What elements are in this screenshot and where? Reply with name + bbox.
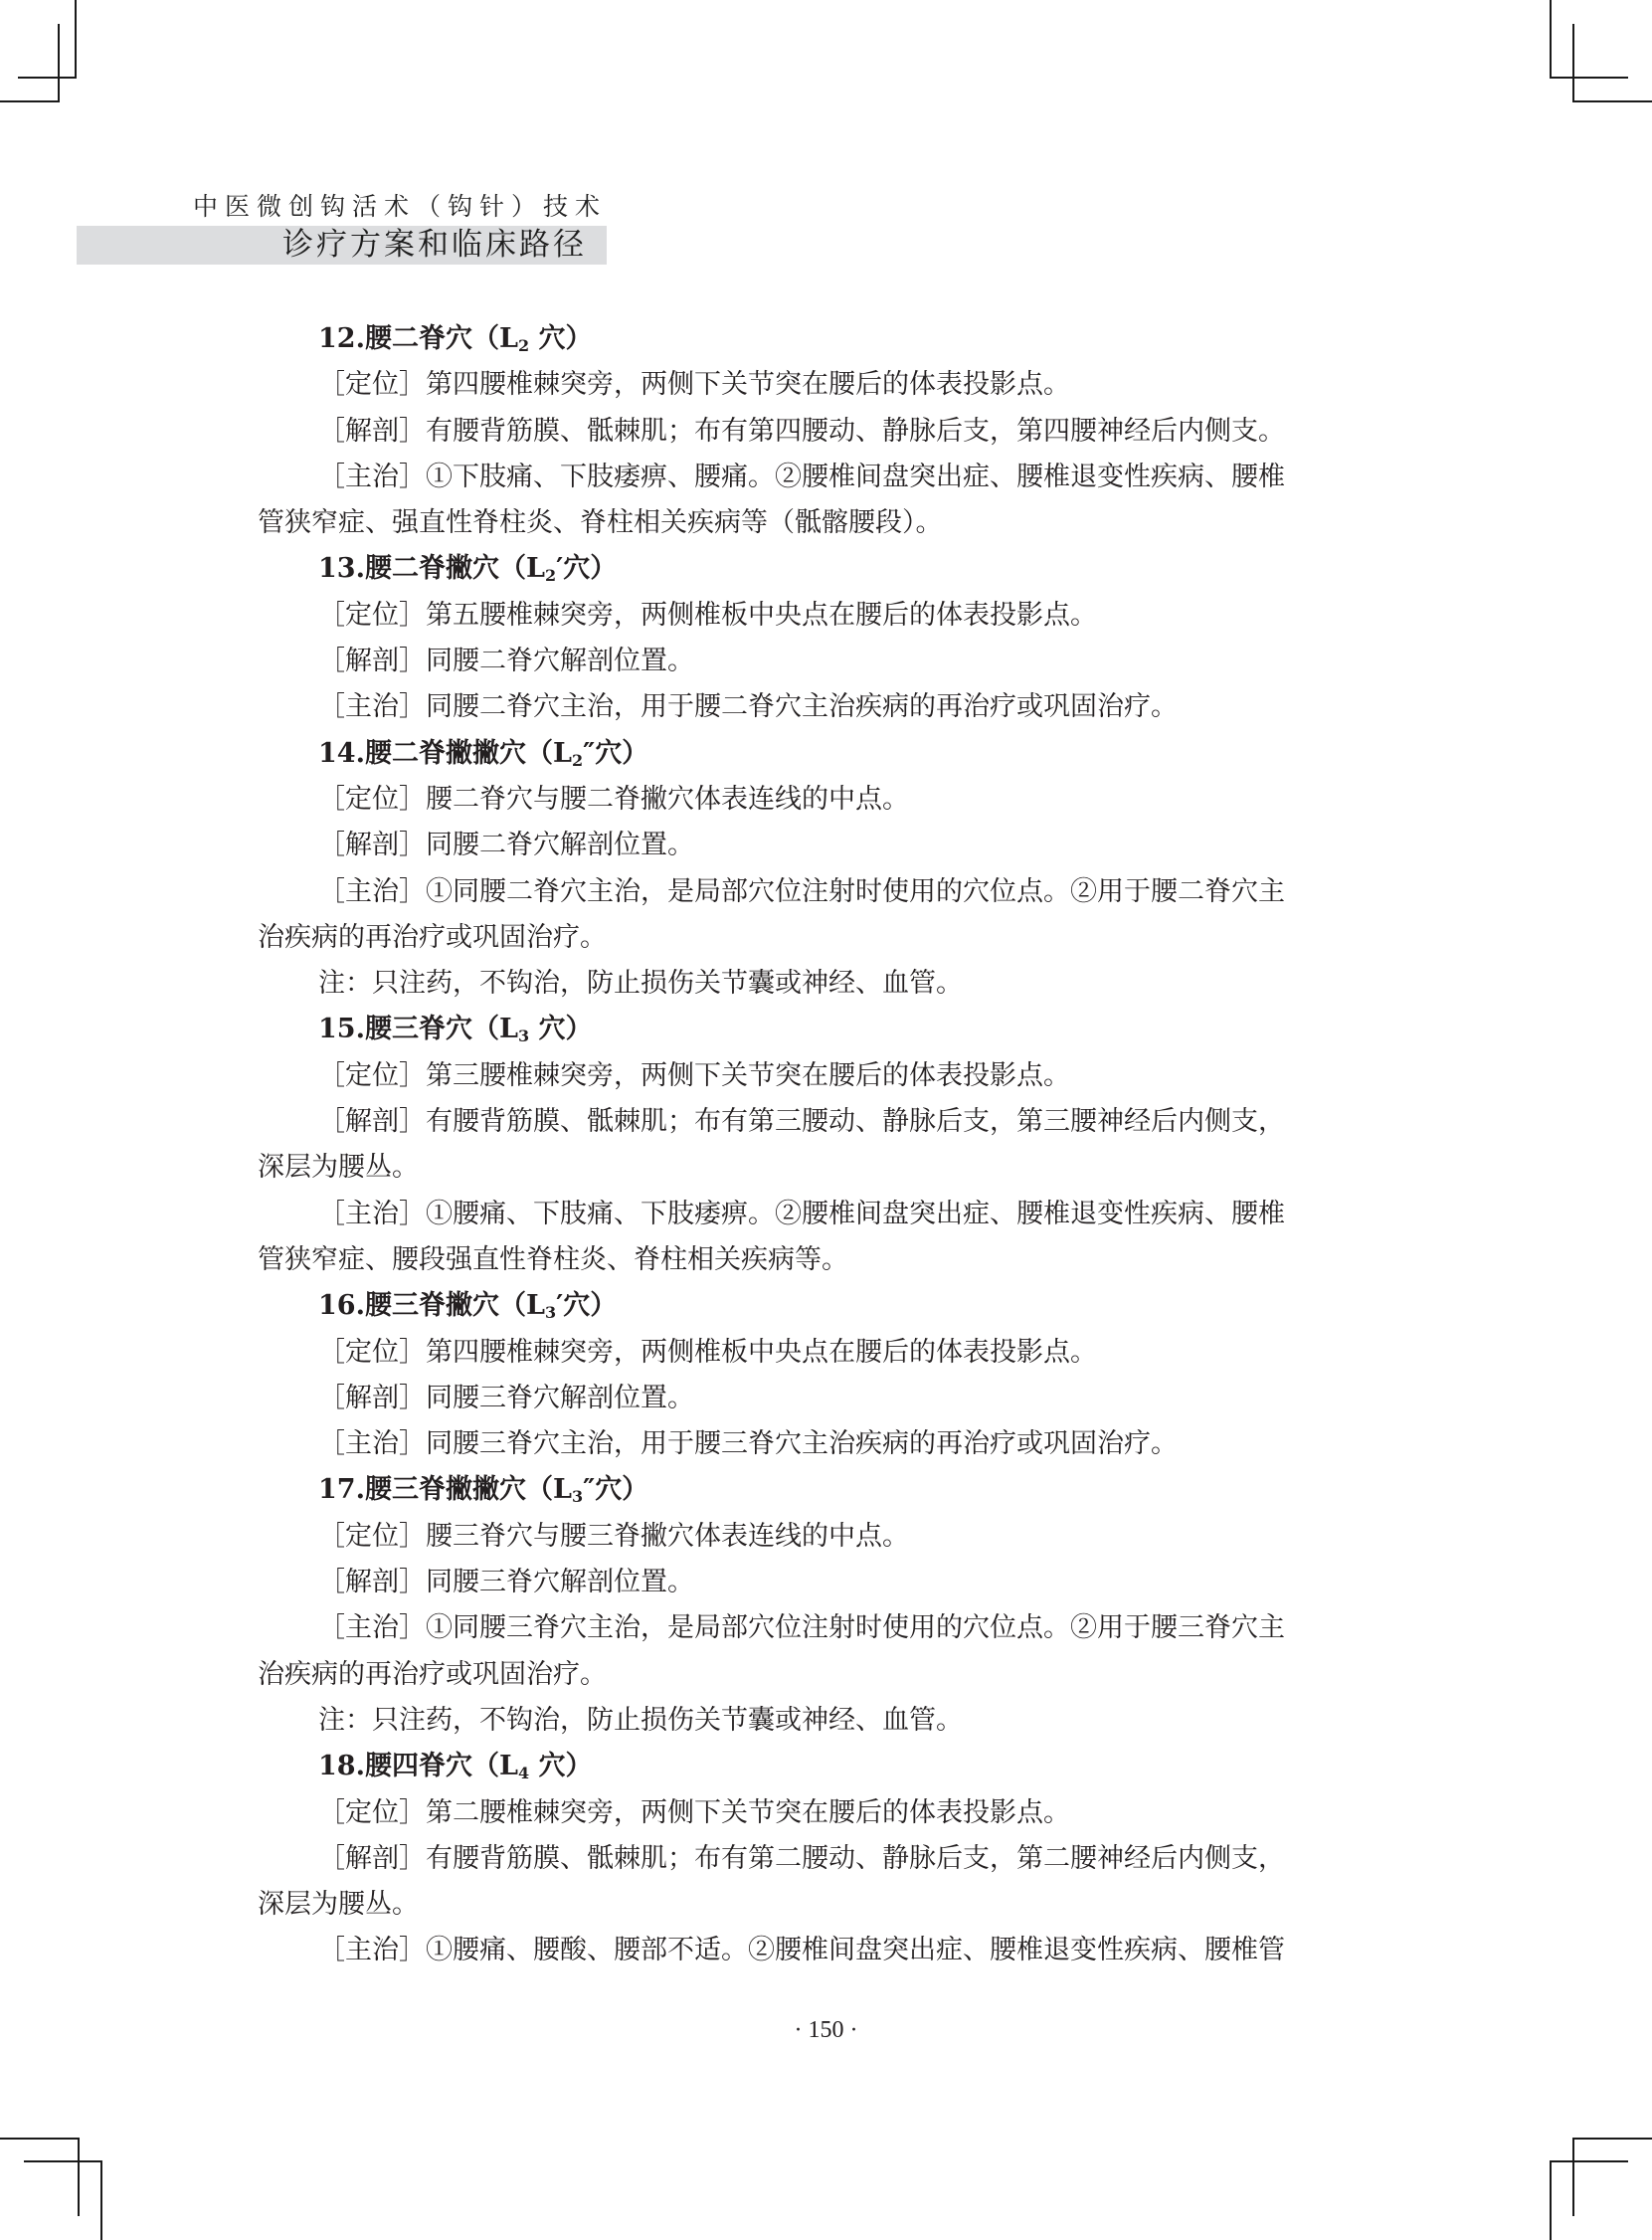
crop-mark-bottom-left-v2: [100, 2160, 102, 2240]
entry-location: ［定位］第三腰椎棘突旁，两侧下关节突在腰后的体表投影点。: [258, 1053, 1352, 1099]
entry-indications-cont: 治疾病的再治疗或巩固治疗。: [258, 1652, 1352, 1698]
crop-mark-bottom-right-h1: [1572, 2138, 1652, 2140]
entry-indications: ［主治］①同腰三脊穴主治，是局部穴位注射时使用的穴位点。②用于腰三脊穴主: [258, 1605, 1352, 1651]
crop-mark-top-right-h1: [1550, 77, 1628, 79]
entry-location: ［定位］第四腰椎棘突旁，两侧椎板中央点在腰后的体表投影点。: [258, 1330, 1352, 1376]
entry-note: 注：只注药，不钩治，防止损伤关节囊或神经、血管。: [258, 961, 1352, 1007]
page-body: 12.腰二脊穴（L2 穴） ［定位］第四腰椎棘突旁，两侧下关节突在腰后的体表投影…: [258, 316, 1352, 1974]
entry-location: ［定位］第四腰椎棘突旁，两侧下关节突在腰后的体表投影点。: [258, 362, 1352, 408]
crop-mark-bottom-left-v1: [78, 2138, 80, 2216]
entry-location: ［定位］腰二脊穴与腰二脊撇穴体表连线的中点。: [258, 777, 1352, 823]
book-title: 诊疗方案和临床路径: [282, 227, 587, 264]
entry-heading: 17.腰三脊撇撇穴（L3″穴）: [258, 1467, 1352, 1513]
entry-indications-cont: 管狭窄症、强直性脊柱炎、脊柱相关疾病等（骶髂腰段）。: [258, 500, 1352, 546]
entry-anatomy: ［解剖］有腰背筋膜、骶棘肌；布有第三腰动、静脉后支，第三腰神经后内侧支，: [258, 1099, 1352, 1145]
entry-anatomy: ［解剖］有腰背筋膜、骶棘肌；布有第二腰动、静脉后支，第二腰神经后内侧支，: [258, 1836, 1352, 1882]
entry-indications-cont: 治疾病的再治疗或巩固治疗。: [258, 915, 1352, 961]
entry-anatomy: ［解剖］同腰三脊穴解剖位置。: [258, 1376, 1352, 1421]
entry-anatomy: ［解剖］同腰二脊穴解剖位置。: [258, 639, 1352, 684]
entry-location: ［定位］第二腰椎棘突旁，两侧下关节突在腰后的体表投影点。: [258, 1790, 1352, 1836]
crop-mark-top-left-h2: [0, 100, 59, 102]
entry-indications: ［主治］①同腰二脊穴主治，是局部穴位注射时使用的穴位点。②用于腰二脊穴主: [258, 869, 1352, 915]
book-title-bar: 诊疗方案和临床路径: [77, 226, 607, 265]
entry-anatomy-cont: 深层为腰丛。: [258, 1882, 1352, 1928]
entry-note: 注：只注药，不钩治，防止损伤关节囊或神经、血管。: [258, 1698, 1352, 1744]
entry-location: ［定位］第五腰椎棘突旁，两侧椎板中央点在腰后的体表投影点。: [258, 593, 1352, 639]
page-number: · 150 ·: [0, 2017, 1652, 2044]
crop-mark-bottom-right-v2: [1550, 2160, 1552, 2240]
crop-mark-top-right-h2: [1572, 100, 1652, 102]
entry-indications: ［主治］同腰三脊穴主治，用于腰三脊穴主治疾病的再治疗或巩固治疗。: [258, 1421, 1352, 1467]
entry-heading: 18.腰四脊穴（L4 穴）: [258, 1744, 1352, 1789]
entry-anatomy-cont: 深层为腰丛。: [258, 1145, 1352, 1191]
crop-mark-top-left-h1: [18, 77, 77, 79]
entry-heading: 16.腰三脊撇穴（L3′穴）: [258, 1283, 1352, 1329]
crop-mark-top-right-v2: [1572, 24, 1574, 102]
entry-anatomy: ［解剖］有腰背筋膜、骶棘肌；布有第四腰动、静脉后支，第四腰神经后内侧支。: [258, 409, 1352, 455]
entry-heading: 13.腰二脊撇穴（L2′穴）: [258, 546, 1352, 592]
entry-indications: ［主治］同腰二脊穴主治，用于腰二脊穴主治疾病的再治疗或巩固治疗。: [258, 684, 1352, 730]
entry-indications: ［主治］①下肢痛、下肢痿痹、腰痛。②腰椎间盘突出症、腰椎退变性疾病、腰椎: [258, 455, 1352, 500]
crop-mark-top-right-v1: [1550, 0, 1552, 79]
entry-indications: ［主治］①腰痛、下肢痛、下肢痿痹。②腰椎间盘突出症、腰椎退变性疾病、腰椎: [258, 1192, 1352, 1237]
series-title: 中医微创钩活术（钩针）技术: [0, 187, 607, 223]
crop-mark-bottom-right-h2: [1550, 2160, 1628, 2162]
crop-mark-bottom-left-h1: [0, 2138, 79, 2140]
crop-mark-bottom-right-v1: [1572, 2138, 1574, 2216]
entry-indications-cont: 管狭窄症、腰段强直性脊柱炎、脊柱相关疾病等。: [258, 1237, 1352, 1283]
entry-indications: ［主治］①腰痛、腰酸、腰部不适。②腰椎间盘突出症、腰椎退变性疾病、腰椎管: [258, 1928, 1352, 1973]
entry-anatomy: ［解剖］同腰二脊穴解剖位置。: [258, 823, 1352, 868]
crop-mark-top-left-v2: [58, 24, 60, 102]
entry-location: ［定位］腰三脊穴与腰三脊撇穴体表连线的中点。: [258, 1514, 1352, 1560]
entry-heading: 12.腰二脊穴（L2 穴）: [258, 316, 1352, 362]
entry-anatomy: ［解剖］同腰三脊穴解剖位置。: [258, 1560, 1352, 1605]
crop-mark-bottom-left-h2: [24, 2160, 102, 2162]
crop-mark-top-left-v1: [75, 0, 77, 78]
entry-heading: 14.腰二脊撇撇穴（L2″穴）: [258, 731, 1352, 777]
entry-heading: 15.腰三脊穴（L3 穴）: [258, 1007, 1352, 1052]
